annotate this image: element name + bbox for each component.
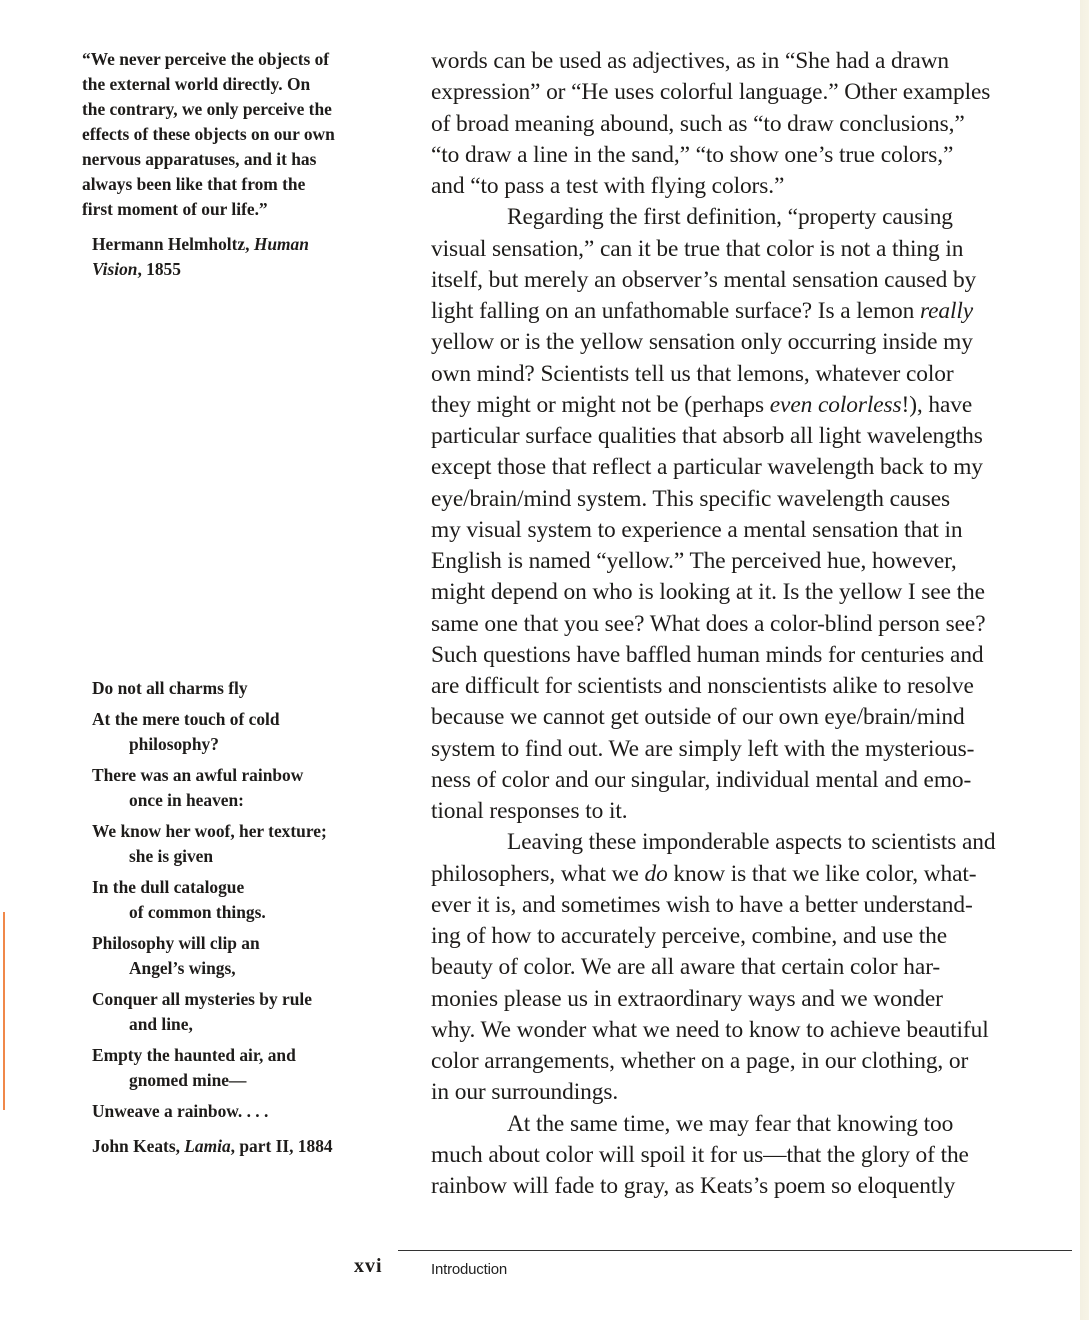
body-line: why. We wonder what we need to know to a… (431, 1015, 1081, 1046)
body-line: English is named “yellow.” The perceived… (431, 546, 1081, 577)
poem-work-title: Lamia (184, 1136, 230, 1156)
body-text-run: philosophers, what we (431, 861, 644, 887)
epigraph-attribution: Hermann Helmholtz, Human Vision, 1855 (92, 232, 402, 282)
body-text-run: know is that we like color, what- (668, 861, 977, 887)
emphasis: even colorless (770, 392, 902, 418)
body-line: because we cannot get outside of our own… (431, 702, 1081, 733)
page-number: xvi (354, 1255, 383, 1278)
quote-line: “We never perceive the objects of (92, 47, 402, 72)
poem-line: Unweave a rainbow. . . . (92, 1101, 268, 1121)
body-line: and “to pass a test with flying colors.” (431, 171, 1081, 202)
body-line: philosophers, what we do know is that we… (431, 859, 1081, 890)
body-line: Such questions have baffled human minds … (431, 640, 1081, 671)
poem-line: Empty the haunted air, and (92, 1045, 296, 1065)
poem-stanza: Conquer all mysteries by ruleand line, (92, 987, 392, 1037)
body-text: words can be used as adjectives, as in “… (431, 46, 1081, 1202)
footer-rule (398, 1250, 1072, 1251)
quote-line: effects of these objects on our own (92, 122, 402, 147)
poem-line-continuation: and line, (129, 1014, 193, 1034)
poem-stanza: There was an awful rainbowonce in heaven… (92, 763, 392, 813)
poem-line: Philosophy will clip an (92, 933, 260, 953)
poem-line-continuation: gnomed mine— (129, 1070, 246, 1090)
running-head: Introduction (431, 1261, 507, 1278)
body-line: ing of how to accurately perceive, combi… (431, 921, 1081, 952)
body-line: yellow or is the yellow sensation only o… (431, 327, 1081, 358)
body-line: visual sensation,” can it be true that c… (431, 234, 1081, 265)
body-line: tional responses to it. (431, 796, 1081, 827)
body-line: except those that reflect a particular w… (431, 452, 1081, 483)
poem-line-continuation: once in heaven: (129, 790, 244, 810)
body-line: are difficult for scientists and nonscie… (431, 671, 1081, 702)
page-edge-strip (1080, 0, 1089, 1320)
body-line: “to draw a line in the sand,” “to show o… (431, 140, 1081, 171)
epigraph-year: , 1855 (137, 259, 180, 279)
poem-stanza: In the dull catalogueof common things. (92, 875, 392, 925)
margin-highlight-mark (3, 912, 5, 1110)
poem-date: , part II, 1884 (231, 1136, 333, 1156)
epigraph-work-title-cont: Vision (92, 259, 137, 279)
epigraph-author: Hermann Helmholtz, (92, 234, 254, 254)
body-line: ness of color and our singular, individu… (431, 765, 1081, 796)
body-line: own mind? Scientists tell us that lemons… (431, 359, 1081, 390)
poem-line-continuation: philosophy? (129, 734, 219, 754)
body-line: itself, but merely an observer’s mental … (431, 265, 1081, 296)
body-line: might depend on who is looking at it. Is… (431, 577, 1081, 608)
quote-line: first moment of our life.” (92, 197, 402, 222)
poem-line: At the mere touch of cold (92, 709, 280, 729)
body-line: words can be used as adjectives, as in “… (431, 46, 1081, 77)
body-line: of broad meaning abound, such as “to dra… (431, 109, 1081, 140)
poem-line-continuation: of common things. (129, 902, 266, 922)
quote-line: the contrary, we only perceive the (92, 97, 402, 122)
body-line: light falling on an unfathomable surface… (431, 296, 1081, 327)
body-line: system to find out. We are simply left w… (431, 734, 1081, 765)
body-line: they might or might not be (perhaps even… (431, 390, 1081, 421)
body-line: Regarding the first definition, “propert… (431, 202, 1081, 233)
body-line: expression” or “He uses colorful languag… (431, 77, 1081, 108)
poem-line: There was an awful rainbow (92, 765, 303, 785)
poem-stanza: Unweave a rainbow. . . . (92, 1099, 392, 1124)
body-line: same one that you see? What does a color… (431, 609, 1081, 640)
body-text-run: they might or might not be (perhaps (431, 392, 770, 418)
epigraph-quote: “We never perceive the objects of the ex… (92, 47, 402, 222)
body-line: monies please us in extraordinary ways a… (431, 984, 1081, 1015)
quote-line: always been like that from the (92, 172, 402, 197)
emphasis: do (644, 861, 667, 887)
emphasis: really (920, 298, 973, 324)
body-line: beauty of color. We are all aware that c… (431, 952, 1081, 983)
body-text-run: light falling on an unfathomable surface… (431, 298, 920, 324)
poem-line: Conquer all mysteries by rule (92, 989, 312, 1009)
body-line: color arrangements, whether on a page, i… (431, 1046, 1081, 1077)
poem-author: John Keats, (92, 1136, 184, 1156)
poem-stanza: At the mere touch of coldphilosophy? (92, 707, 392, 757)
body-line: my visual system to experience a mental … (431, 515, 1081, 546)
body-line: in our surroundings. (431, 1077, 1081, 1108)
quote-line: the external world directly. On (92, 72, 402, 97)
poem-stanza: Philosophy will clip anAngel’s wings, (92, 931, 392, 981)
body-line: eye/brain/mind system. This specific wav… (431, 484, 1081, 515)
poem-line-continuation: she is given (129, 846, 213, 866)
body-line: much about color will spoil it for us—th… (431, 1140, 1081, 1171)
poem-attribution: John Keats, Lamia, part II, 1884 (92, 1134, 392, 1159)
body-line: Leaving these imponderable aspects to sc… (431, 827, 1081, 858)
poem-line-continuation: Angel’s wings, (129, 958, 236, 978)
body-line: At the same time, we may fear that knowi… (431, 1109, 1081, 1140)
body-text-run: !), have (902, 392, 973, 418)
poem-line: Do not all charms fly (92, 678, 248, 698)
poem-stanza: We know her woof, her texture;she is giv… (92, 819, 392, 869)
poem-line: In the dull catalogue (92, 877, 244, 897)
poem-excerpt: Do not all charms flyAt the mere touch o… (92, 676, 392, 1159)
body-line: ever it is, and sometimes wish to have a… (431, 890, 1081, 921)
epigraph-work-title: Human (254, 234, 309, 254)
body-line: particular surface qualities that absorb… (431, 421, 1081, 452)
poem-line: We know her woof, her texture; (92, 821, 327, 841)
body-line: rainbow will fade to gray, as Keats’s po… (431, 1171, 1081, 1202)
poem-stanza: Empty the haunted air, andgnomed mine— (92, 1043, 392, 1093)
quote-line: nervous apparatuses, and it has (92, 147, 402, 172)
poem-stanza: Do not all charms fly (92, 676, 392, 701)
epigraph: “We never perceive the objects of the ex… (92, 47, 402, 282)
